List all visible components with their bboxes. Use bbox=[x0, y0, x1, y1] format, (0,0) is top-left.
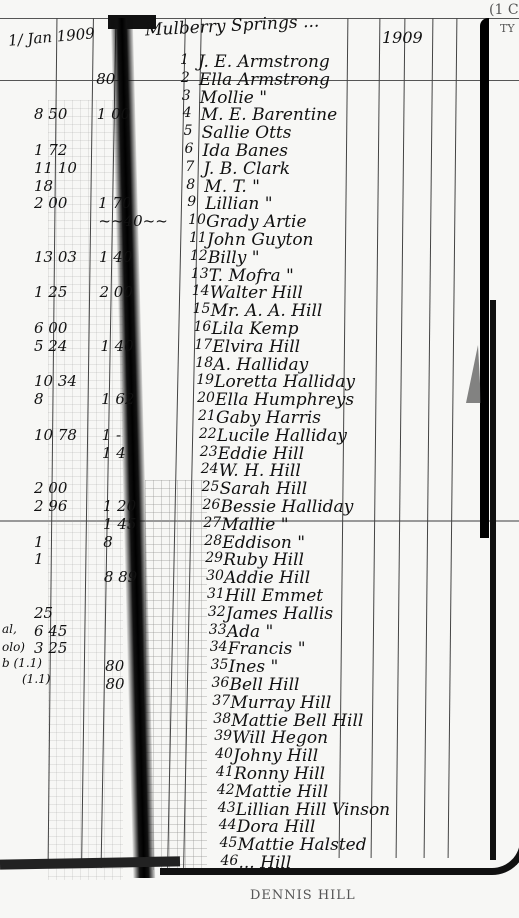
entry-number: 40 bbox=[215, 746, 233, 762]
entry-number: 38 bbox=[213, 711, 231, 727]
entry-number: 35 bbox=[211, 657, 229, 673]
column-line bbox=[424, 18, 434, 858]
entry-number: 3 bbox=[182, 88, 191, 104]
entry-amount-left: 8 50 bbox=[34, 105, 67, 123]
entry-number: 7 bbox=[185, 159, 194, 175]
entry-number: 12 bbox=[190, 248, 208, 264]
entry-number: 10 bbox=[188, 212, 206, 228]
entry-number: 30 bbox=[206, 568, 224, 584]
entry-amount-left: 10 78 bbox=[34, 426, 77, 444]
entry-number: 25 bbox=[202, 479, 220, 495]
entry-number: 36 bbox=[212, 675, 230, 691]
entry-amount-left: 6 00 bbox=[34, 319, 67, 337]
margin-mark bbox=[466, 345, 481, 403]
entry-amount-right: 80 bbox=[105, 657, 124, 675]
entry-number: 45 bbox=[220, 835, 238, 851]
entry-number: 34 bbox=[210, 639, 228, 655]
entry-amount-left: 25 bbox=[34, 604, 53, 622]
entry-amount-left: 1 bbox=[34, 533, 44, 551]
entry-number: 1 bbox=[180, 52, 189, 68]
margin-note: (1.1) bbox=[22, 672, 50, 686]
entry-number: 28 bbox=[204, 533, 222, 549]
entry-number: 22 bbox=[199, 426, 217, 442]
header-year-right: 1909 bbox=[382, 28, 423, 47]
entry-number: 42 bbox=[217, 782, 235, 798]
entry-amount-right: 1 20 bbox=[103, 497, 136, 515]
column-line bbox=[396, 18, 406, 858]
entry-amount-right: 8 89 bbox=[104, 568, 137, 586]
entry-amount-right: 80 bbox=[96, 70, 115, 88]
entry-amount-right: 1 - bbox=[102, 426, 121, 444]
margin-note: b (1.1) bbox=[2, 656, 42, 670]
entry-number: 14 bbox=[192, 283, 210, 299]
entry-amount-right: 1 62 bbox=[101, 390, 134, 408]
entry-amount-right: 80 bbox=[105, 675, 124, 693]
entry-number: 5 bbox=[184, 123, 193, 139]
entry-amount-right: 1 70 bbox=[98, 194, 131, 212]
entry-name: ... Hill bbox=[239, 853, 292, 873]
entry-number: 23 bbox=[200, 444, 218, 460]
entry-amount-right: 1 40 bbox=[100, 337, 133, 355]
entry-number: 6 bbox=[185, 141, 194, 157]
entry-number: 17 bbox=[194, 337, 212, 353]
entry-amount-left: 3 25 bbox=[34, 639, 67, 657]
header-date-left: 1/ Jan 1909 bbox=[7, 24, 95, 50]
entry-number: 18 bbox=[195, 355, 213, 371]
entry-number: 43 bbox=[218, 800, 236, 816]
entry-number: 15 bbox=[193, 301, 211, 317]
entry-amount-left: 2 96 bbox=[34, 497, 67, 515]
entry-amount-left: 1 bbox=[34, 550, 44, 568]
entry-number: 24 bbox=[201, 461, 219, 477]
entry-number: 4 bbox=[183, 105, 192, 121]
entry-amount-left: 8 bbox=[34, 390, 44, 408]
entry-amount-left: 6 45 bbox=[34, 622, 67, 640]
entry-amount-left: 2 00 bbox=[34, 479, 67, 497]
entry-amount-left: 1 25 bbox=[34, 283, 67, 301]
entry-amount-right: 1 4 bbox=[102, 444, 126, 462]
entry-number: 19 bbox=[196, 372, 214, 388]
entry-amount-left: 2 00 bbox=[34, 194, 67, 212]
entry-number: 37 bbox=[212, 693, 230, 709]
entry-number: 27 bbox=[203, 515, 221, 531]
entry-number: 39 bbox=[214, 728, 232, 744]
entry-number: 29 bbox=[205, 550, 223, 566]
column-line bbox=[448, 18, 458, 858]
entry-amount-right: 1 40 bbox=[99, 248, 132, 266]
entry-number: 2 bbox=[181, 70, 190, 86]
margin-note: olo) bbox=[2, 640, 25, 654]
entry-number: 44 bbox=[219, 817, 237, 833]
entry-number: 21 bbox=[198, 408, 216, 424]
margin-note: al, bbox=[2, 622, 17, 636]
ledger-title: Mulberry Springs ... bbox=[145, 11, 320, 40]
entry-number: 20 bbox=[197, 390, 215, 406]
entry-amount-left: 13 03 bbox=[34, 248, 77, 266]
entry-number: 33 bbox=[209, 622, 227, 638]
entry-number: 16 bbox=[194, 319, 212, 335]
entry-number: 31 bbox=[207, 586, 225, 602]
ruled-grid-center bbox=[145, 480, 207, 870]
entry-amount-right: 1 45 bbox=[103, 515, 136, 533]
entry-amount-right: 2 00 bbox=[100, 283, 133, 301]
entry-number: 46 bbox=[221, 853, 239, 869]
entry-amount-right: ~~40~~ bbox=[98, 212, 167, 230]
entry-number: 9 bbox=[187, 194, 196, 210]
ledger-page: Mulberry Springs ... 1/ Jan 1909 1909 (1… bbox=[0, 0, 519, 918]
entry-amount-left: 10 34 bbox=[34, 372, 77, 390]
entry-amount-left: 1 72 bbox=[34, 141, 67, 159]
column-line bbox=[371, 18, 381, 858]
entry-number: 8 bbox=[186, 177, 195, 193]
page-edge-shadow bbox=[490, 300, 496, 860]
entry-amount-right: 1 00 bbox=[97, 105, 130, 123]
entry-amount-left: 18 bbox=[34, 177, 53, 195]
entry-number: 32 bbox=[208, 604, 226, 620]
entry-amount-left: 5 24 bbox=[34, 337, 67, 355]
entry-number: 41 bbox=[216, 764, 234, 780]
entry-number: 26 bbox=[203, 497, 221, 513]
corner-note: (1 C bbox=[489, 2, 519, 18]
entry-amount-right: 8 bbox=[103, 533, 113, 551]
entry-amount-left: 11 10 bbox=[34, 159, 77, 177]
page-edge-shadow bbox=[480, 18, 489, 538]
signature: DENNIS HILL bbox=[250, 888, 356, 903]
corner-note: TY bbox=[500, 22, 515, 35]
entry-number: 13 bbox=[191, 266, 209, 282]
entry-number: 11 bbox=[189, 230, 207, 246]
